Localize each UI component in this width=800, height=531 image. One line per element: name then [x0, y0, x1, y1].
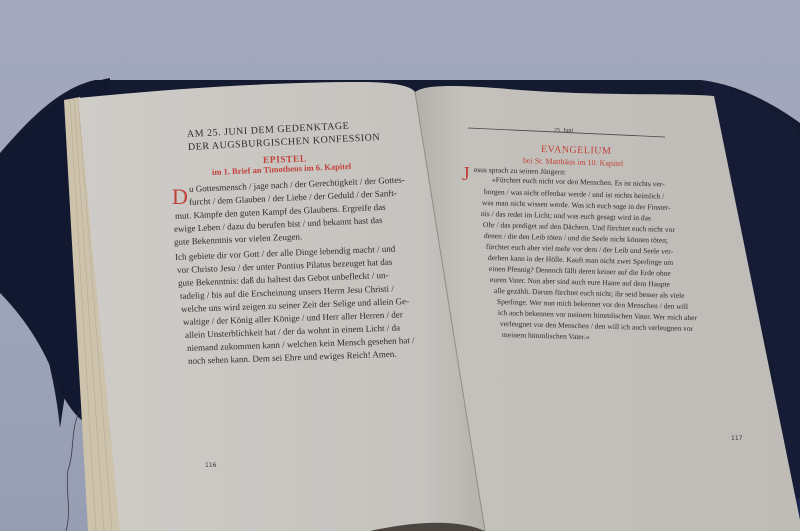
right-line: esus sprach zu seinen Jüngern: — [474, 165, 566, 176]
right-line: meinem himmlischen Vater.« — [502, 330, 590, 341]
right-page: 25. Juni EVANGELIUM bei St. Matthäus im … — [0, 0, 800, 531]
running-head: 25. Juni — [554, 128, 573, 134]
photo-scene: AM 25. JUNI DEM GEDENKTAGE DER AUGSBURGI… — [0, 0, 800, 531]
evangelium-heading: EVANGELIUM — [541, 144, 612, 157]
bookmark-thread — [60, 410, 90, 531]
right-drop-cap: J — [462, 163, 470, 186]
right-line: »Fürchtet euch nicht vor den Menschen. E… — [492, 175, 665, 189]
right-page-number: 117 — [731, 435, 742, 442]
